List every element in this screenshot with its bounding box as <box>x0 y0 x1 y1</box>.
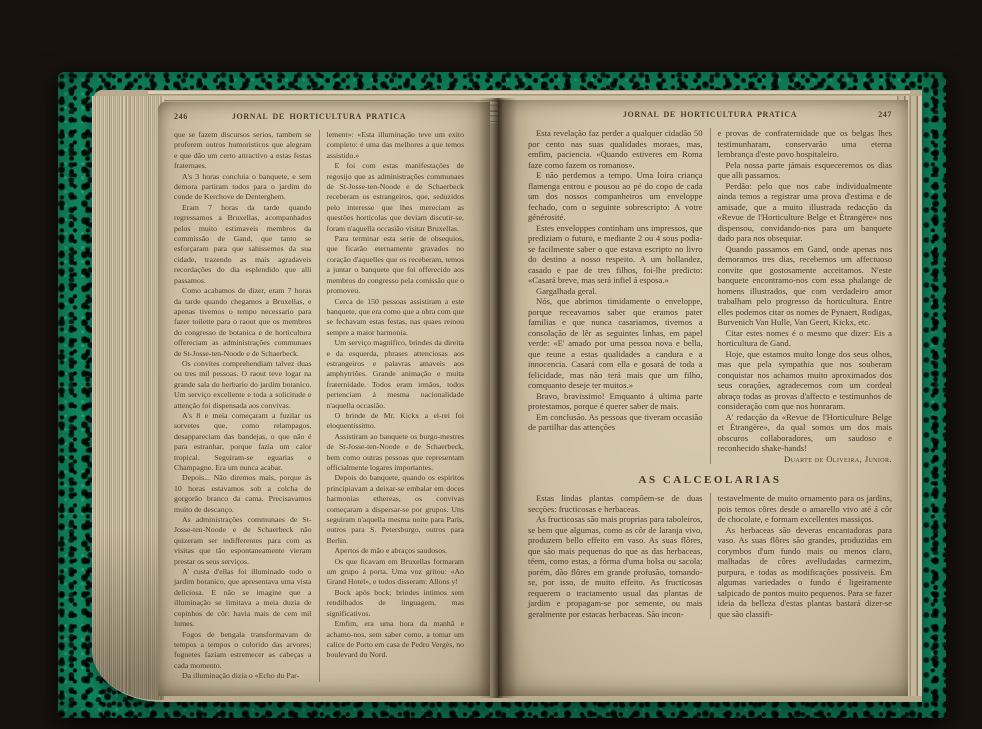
paragraph: E foi com estas manifestações de regosij… <box>327 161 465 234</box>
paragraph: As fructicosas são mais proprias para ta… <box>528 514 703 619</box>
right-page-header: JORNAL DE HORTICULTURA PRATICA 247 <box>528 110 892 119</box>
paragraph: Da illuminação dizia o «Echo du Par- <box>174 671 312 681</box>
paragraph: Fogos de bengala transformavam de tempos… <box>174 630 312 672</box>
running-header-right: JORNAL DE HORTICULTURA PRATICA <box>562 110 858 119</box>
paragraph: lement»: «Esta illuminação teve um exito… <box>327 130 465 161</box>
paragraph: Como acabamos de dizer, eram 7 horas da … <box>174 286 312 359</box>
paragraph: Perdão: pelo que nos cabe individualment… <box>718 181 893 244</box>
page-number-left: 246 <box>174 112 208 121</box>
paragraph: Esta revelação faz perder a qualquer cid… <box>528 128 703 170</box>
paragraph: Estas lindas plantas compõem-se de duas … <box>528 493 703 514</box>
paragraph: Nós, que abrimos timidamente o enveloppe… <box>528 296 703 391</box>
paragraph: Para terminar esta serie de obsequios, q… <box>327 234 465 296</box>
paragraph: Gargalhada geral. <box>528 286 703 297</box>
article-end-columns: Esta revelação faz perder a qualquer cid… <box>528 128 892 464</box>
text-column-2: lement»: «Esta illuminação teve um exito… <box>319 130 465 682</box>
paragraph: Pela nossa parte jámais esqueceremos os … <box>718 160 893 181</box>
paragraph: Em conclusão. As pessoas que tiveram occ… <box>528 412 703 433</box>
paragraph: A's 3 horas concluia o banquete, e sem d… <box>174 172 312 203</box>
paragraph: Eram 7 horas da tarde quando regressamos… <box>174 203 312 286</box>
article-new-columns: Estas lindas plantas compõem-se de duas … <box>528 493 892 619</box>
paragraph: que se fazem discursos serios, tambem se… <box>174 130 312 172</box>
paragraph: e provas de confraternidade que os belga… <box>718 128 893 160</box>
running-header-left: JORNAL DE HORTICULTURA PRATICA <box>208 112 430 121</box>
paragraph: Os que ficavam em Bruxellas formaram um … <box>327 557 465 588</box>
paragraph: Depois do banquete, quando os espiritos … <box>327 473 465 546</box>
paragraph: Quando passamos em Gand, onde apenas nos… <box>718 244 893 328</box>
paragraph: O brinde de Mr. Kickx a el-rei foi eloqu… <box>327 411 465 432</box>
left-page: 246 JORNAL DE HORTICULTURA PRATICA que s… <box>158 102 490 696</box>
paragraph: Citar estes nomes é o mesmo que dizer: E… <box>718 328 893 349</box>
paragraph: Hoje, que estamos muito longe dos seus o… <box>718 349 893 412</box>
paragraph: Emfim, era uma hora da manhã e achamo-no… <box>327 619 465 661</box>
paragraph: Bravo, bravissimo! Emquanto á ultima par… <box>528 391 703 412</box>
text-column-2: e provas de confraternidade que os belga… <box>710 128 893 464</box>
paragraph: A' custa d'ellas foi illuminado todo o j… <box>174 567 312 629</box>
paragraph: Os convites comprehendiam talvez duas ou… <box>174 359 312 411</box>
article-heading: AS CALCEOLARIAS <box>528 474 892 486</box>
left-page-header: 246 JORNAL DE HORTICULTURA PRATICA <box>174 112 464 121</box>
right-page: JORNAL DE HORTICULTURA PRATICA 247 Esta … <box>498 100 908 696</box>
paragraph: Depois... Não diremos mais, porque ás 10… <box>174 473 312 515</box>
author-signature: Duarte de Oliveira, Junior. <box>718 454 893 465</box>
paragraph: A' redacção da «Revue de l'Horticulture … <box>718 412 893 454</box>
text-column-1: que se fazem discursos serios, tambem se… <box>174 130 319 682</box>
paragraph: Bock após bock; brindes intimos sem rend… <box>327 588 465 619</box>
paragraph: As administrações communaes de St-Josse-… <box>174 515 312 567</box>
paragraph: Apertos de mão e abraços saudosos. <box>327 546 465 556</box>
left-page-columns: que se fazem discursos serios, tambem se… <box>174 130 464 682</box>
paragraph: E não perdemos a tempo. Uma loira crianç… <box>528 170 703 223</box>
page-stack-left-edges <box>92 96 164 700</box>
text-column-1: Estas lindas plantas compõem-se de duas … <box>528 493 710 619</box>
paragraph: A's 8 e meia começaram a fuzilar os sorv… <box>174 411 312 473</box>
paragraph: testavelmente de muito ornamento para os… <box>718 493 893 525</box>
paragraph: Assistiram ao banquete os burgo-mestres … <box>327 432 465 474</box>
paragraph: Cerca de 150 pessoas assistiram a este b… <box>327 297 465 339</box>
paragraph: Estes enveloppes continham uns impressos… <box>528 223 703 286</box>
paragraph: Um serviço magnifico, brindes da direita… <box>327 338 465 411</box>
page-number-right: 247 <box>858 110 892 119</box>
book-photo-scene: 246 JORNAL DE HORTICULTURA PRATICA que s… <box>0 0 982 729</box>
text-column-1: Esta revelação faz perder a qualquer cid… <box>528 128 710 464</box>
paragraph: As herbaceas são deveras encantadoras pa… <box>718 525 893 620</box>
text-column-2: testavelmente de muito ornamento para os… <box>710 493 893 619</box>
